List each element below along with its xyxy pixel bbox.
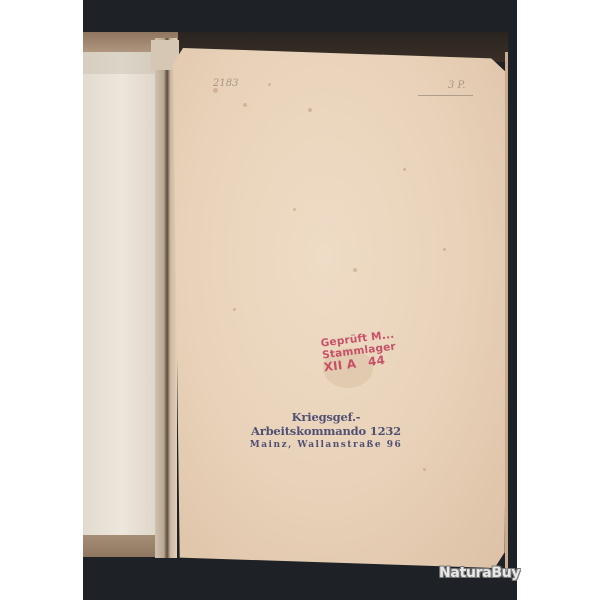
pencil-note-top-left: 2183 — [213, 78, 238, 89]
foxing-spot — [293, 208, 296, 211]
pencil-note-top-right: 3 P. — [448, 80, 465, 91]
book-spine-hinge — [155, 38, 177, 558]
blue-stamp-line2: Mainz, Wallanstraße 96 — [236, 440, 416, 450]
foxing-spot — [403, 168, 406, 171]
foxing-spot — [308, 108, 312, 112]
book-cover-bottom — [83, 535, 158, 557]
blue-stamp-line1: Kriegsgef.-Arbeitskommando 1232 — [236, 410, 416, 438]
foxing-spot — [243, 103, 247, 107]
foxing-spot — [443, 248, 446, 251]
title-page — [173, 48, 508, 568]
red-stamp-number: 44 — [367, 353, 386, 369]
foxing-spot — [353, 268, 357, 272]
book-photo: 2183 3 P. — [83, 0, 517, 600]
blue-stamp: Kriegsgef.-Arbeitskommando 1232 Mainz, W… — [236, 410, 416, 450]
foxing-spot — [268, 83, 271, 86]
pencil-underline — [418, 95, 473, 96]
foxing-spot — [423, 468, 426, 471]
foxing-spot — [233, 308, 236, 311]
watermark-logo: NaturaBuy — [439, 565, 520, 581]
book-flyleaf — [83, 52, 161, 537]
